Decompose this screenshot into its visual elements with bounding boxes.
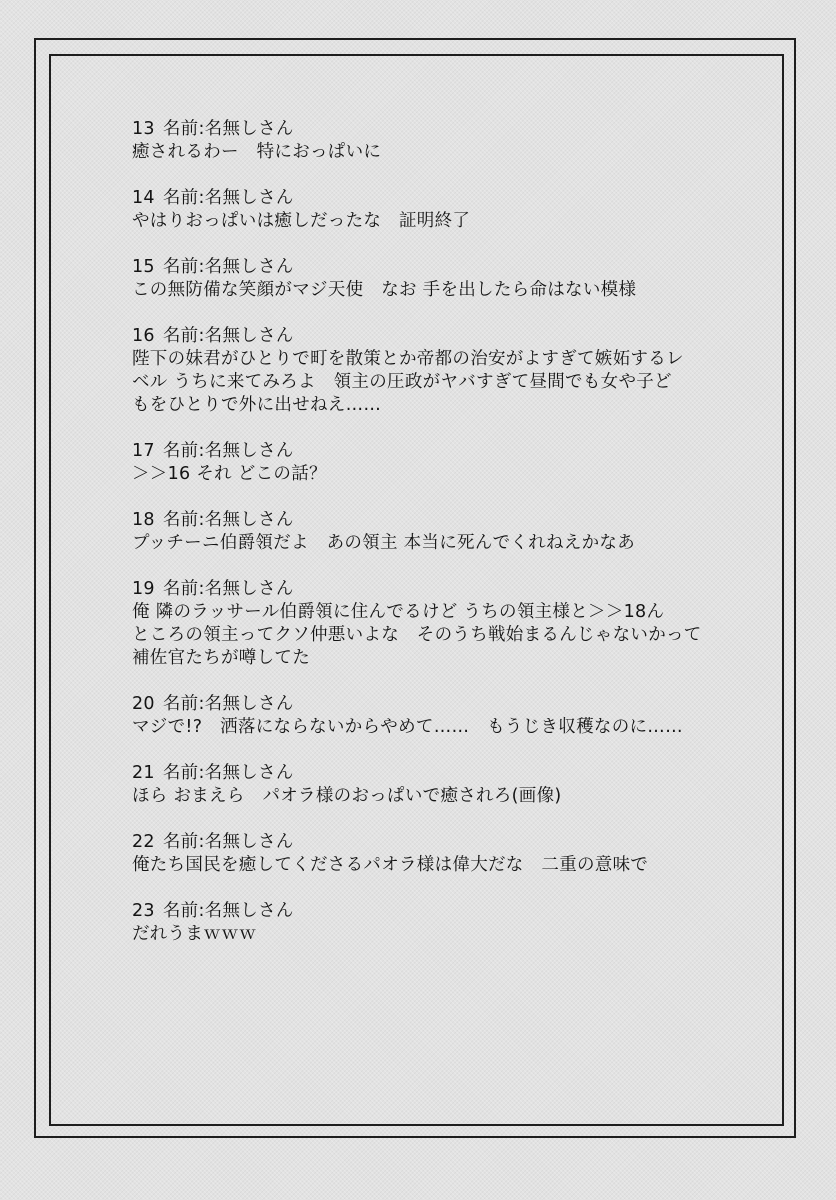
post-body-line: ほら おまえら パオラ様のおっぱいで癒されろ(画像) — [132, 785, 752, 808]
post-body-line: 陛下の妹君がひとりで町を散策とか帝都の治安がよすぎて嫉妬するレ — [132, 348, 752, 371]
post-body-line: プッチーニ伯爵領だよ あの領主 本当に死んでくれねえかなあ — [132, 532, 752, 555]
thread-post: 13名前:名無しさん癒されるわー 特におっぱいに — [132, 118, 752, 164]
post-body-line: だれうまｗｗｗ — [132, 923, 752, 946]
post-header: 20名前:名無しさん — [132, 693, 752, 716]
forum-thread: 13名前:名無しさん癒されるわー 特におっぱいに14名前:名無しさんやはりおっぱ… — [132, 118, 752, 969]
post-body-line: 癒されるわー 特におっぱいに — [132, 141, 752, 164]
post-header: 19名前:名無しさん — [132, 578, 752, 601]
post-number: 22 — [132, 832, 155, 852]
post-body-line: ベル うちに来てみろよ 領主の圧政がヤバすぎて昼間でも女や子ど — [132, 371, 752, 394]
post-header: 22名前:名無しさん — [132, 831, 752, 854]
thread-post: 23名前:名無しさんだれうまｗｗｗ — [132, 900, 752, 946]
poster-name: 名前:名無しさん — [163, 832, 294, 852]
thread-post: 18名前:名無しさんプッチーニ伯爵領だよ あの領主 本当に死んでくれねえかなあ — [132, 509, 752, 555]
poster-name: 名前:名無しさん — [163, 257, 294, 277]
thread-post: 19名前:名無しさん俺 隣のラッサール伯爵領に住んでるけど うちの領主様と＞＞1… — [132, 578, 752, 670]
post-header: 13名前:名無しさん — [132, 118, 752, 141]
post-header: 16名前:名無しさん — [132, 325, 752, 348]
post-body-line: 俺たち国民を癒してくださるパオラ様は偉大だな 二重の意味で — [132, 854, 752, 877]
thread-post: 15名前:名無しさんこの無防備な笑顔がマジ天使 なお 手を出したら命はない模様 — [132, 256, 752, 302]
poster-name: 名前:名無しさん — [163, 510, 294, 530]
post-number: 15 — [132, 257, 155, 277]
post-number: 20 — [132, 694, 155, 714]
post-body-line: 補佐官たちが噂してた — [132, 647, 752, 670]
post-body-line: ＞＞16 それ どこの話？ — [132, 463, 752, 486]
poster-name: 名前:名無しさん — [163, 694, 294, 714]
thread-post: 16名前:名無しさん陛下の妹君がひとりで町を散策とか帝都の治安がよすぎて嫉妬する… — [132, 325, 752, 417]
post-number: 19 — [132, 579, 155, 599]
post-header: 18名前:名無しさん — [132, 509, 752, 532]
post-header: 14名前:名無しさん — [132, 187, 752, 210]
poster-name: 名前:名無しさん — [163, 119, 294, 139]
post-body-line: この無防備な笑顔がマジ天使 なお 手を出したら命はない模様 — [132, 279, 752, 302]
poster-name: 名前:名無しさん — [163, 188, 294, 208]
post-header: 23名前:名無しさん — [132, 900, 752, 923]
thread-post: 21名前:名無しさんほら おまえら パオラ様のおっぱいで癒されろ(画像) — [132, 762, 752, 808]
post-number: 17 — [132, 441, 155, 461]
poster-name: 名前:名無しさん — [163, 326, 294, 346]
post-header: 17名前:名無しさん — [132, 440, 752, 463]
thread-post: 22名前:名無しさん俺たち国民を癒してくださるパオラ様は偉大だな 二重の意味で — [132, 831, 752, 877]
poster-name: 名前:名無しさん — [163, 441, 294, 461]
thread-post: 20名前:名無しさんマジで!? 洒落にならないからやめて…… もうじき収穫なのに… — [132, 693, 752, 739]
post-header: 21名前:名無しさん — [132, 762, 752, 785]
post-body-line: 俺 隣のラッサール伯爵領に住んでるけど うちの領主様と＞＞18ん — [132, 601, 752, 624]
poster-name: 名前:名無しさん — [163, 901, 294, 921]
thread-post: 17名前:名無しさん＞＞16 それ どこの話？ — [132, 440, 752, 486]
post-number: 21 — [132, 763, 155, 783]
poster-name: 名前:名無しさん — [163, 763, 294, 783]
post-body-line: もをひとりで外に出せねえ…… — [132, 394, 752, 417]
post-body-line: ところの領主ってクソ仲悪いよな そのうち戦始まるんじゃないかって — [132, 624, 752, 647]
post-body-line: やはりおっぱいは癒しだったな 証明終了 — [132, 210, 752, 233]
post-number: 14 — [132, 188, 155, 208]
post-body-line: マジで!? 洒落にならないからやめて…… もうじき収穫なのに…… — [132, 716, 752, 739]
post-header: 15名前:名無しさん — [132, 256, 752, 279]
post-number: 13 — [132, 119, 155, 139]
post-number: 23 — [132, 901, 155, 921]
post-number: 18 — [132, 510, 155, 530]
post-number: 16 — [132, 326, 155, 346]
thread-post: 14名前:名無しさんやはりおっぱいは癒しだったな 証明終了 — [132, 187, 752, 233]
poster-name: 名前:名無しさん — [163, 579, 294, 599]
